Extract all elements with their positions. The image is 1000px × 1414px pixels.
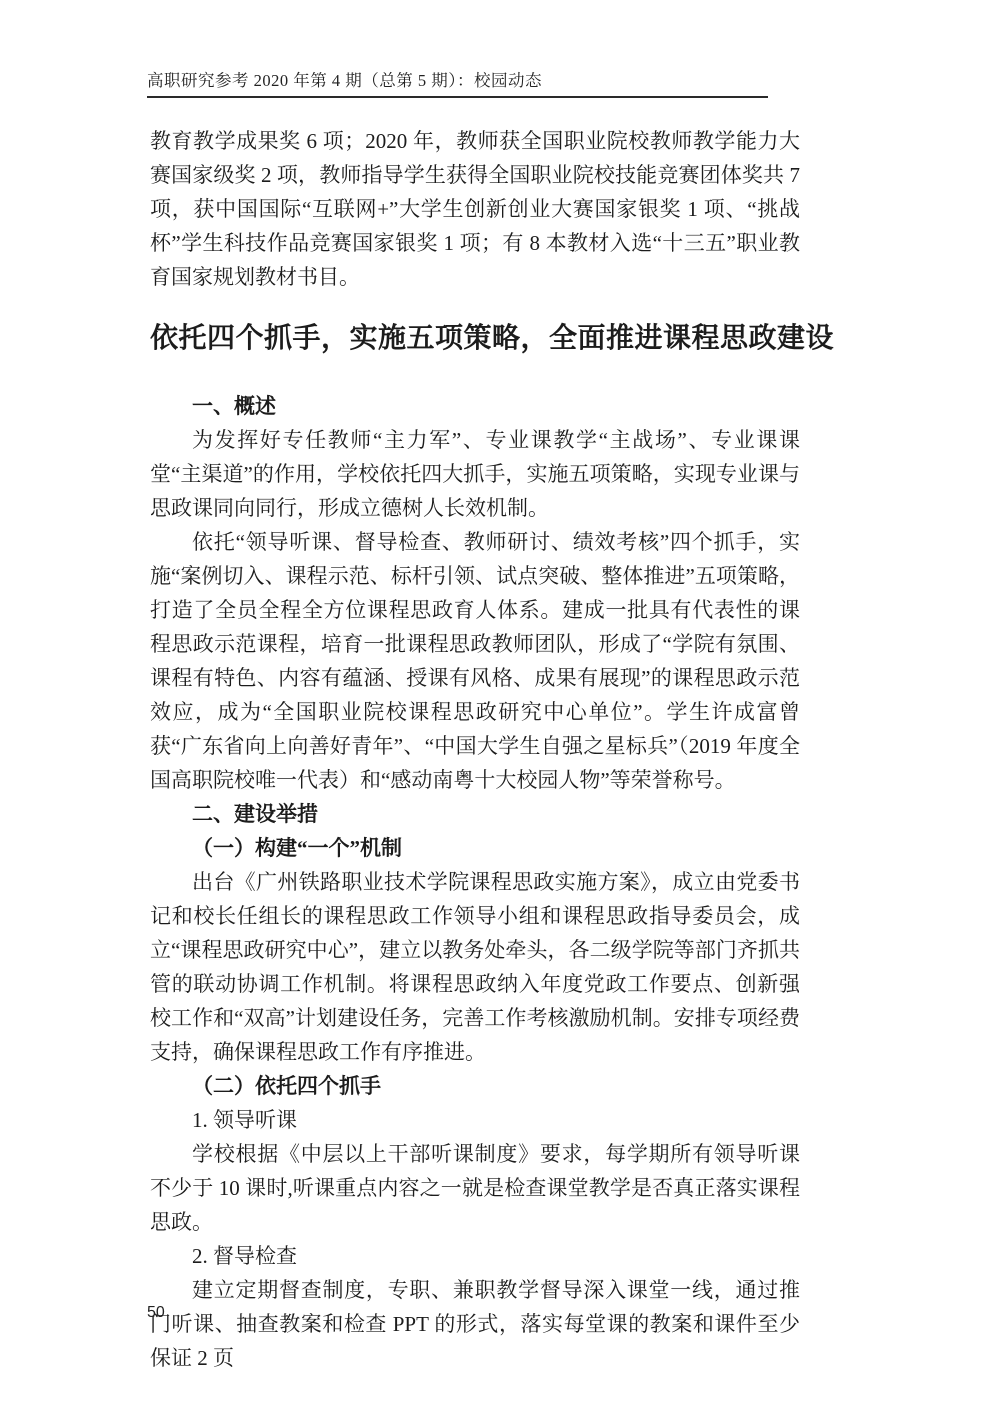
page-header: 高职研究参考 2020 年第 4 期（总第 5 期）：校园动态 [147,72,768,98]
paragraph-overview-1: 为发挥好专任教师“主力军”、专业课教学“主战场”、专业课课堂“主渠道”的作用，学… [150,423,800,525]
heading-four-grips: （二）依托四个抓手 [150,1069,800,1103]
subheading-grip1-leader-listening: 1. 领导听课 [150,1103,800,1137]
paragraph-intro-continued: 教育教学成果奖 6 项；2020 年，教师获全国职业院校教师教学能力大赛国家级奖… [150,124,800,294]
heading-mechanism: （一）构建“一个”机制 [150,831,800,865]
subheading-grip2-supervision-check: 2. 督导检查 [150,1239,800,1273]
paragraph-overview-2: 依托“领导听课、督导检查、教师研讨、绩效考核”四个抓手，实施“案例切入、课程示范… [150,525,800,797]
paragraph-grip2: 建立定期督查制度，专职、兼职教学督导深入课堂一线，通过推门听课、抽查教案和检查 … [150,1273,800,1375]
heading-measures: 二、建设举措 [150,797,800,831]
heading-overview: 一、概述 [150,389,800,423]
document-page: 高职研究参考 2020 年第 4 期（总第 5 期）：校园动态 教育教学成果奖 … [0,0,1000,1414]
article-title: 依托四个抓手，实施五项策略，全面推进课程思政建设 [150,319,800,359]
journal-header-text: 高职研究参考 2020 年第 4 期（总第 5 期）：校园动态 [147,71,542,90]
article-body: 教育教学成果奖 6 项；2020 年，教师获全国职业院校教师教学能力大赛国家级奖… [150,124,800,1375]
paragraph-grip1: 学校根据《中层以上干部听课制度》要求，每学期所有领导听课不少于 10 课时,听课… [150,1137,800,1239]
page-number: 50 [147,1303,165,1323]
paragraph-mechanism: 出台《广州铁路职业技术学院课程思政实施方案》，成立由党委书记和校长任组长的课程思… [150,865,800,1069]
